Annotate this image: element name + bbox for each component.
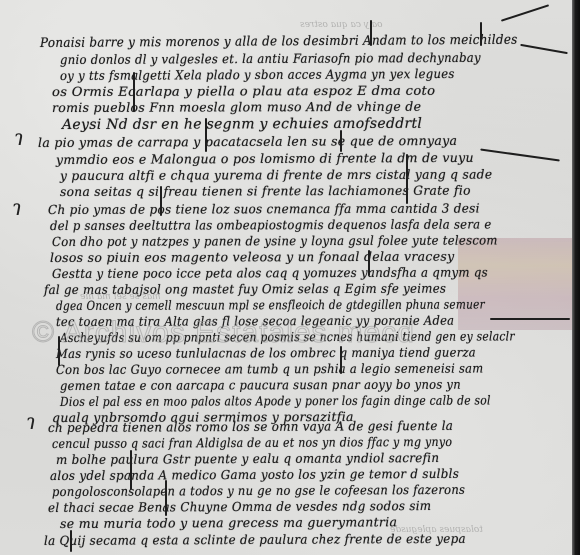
page-dark-edge — [572, 0, 580, 555]
text-line: tec toaen ma tira Alta glas fl lose seco… — [56, 313, 454, 329]
text-line: m bolhe paulura Gstr puente y ealu q oma… — [56, 450, 439, 467]
ink-stroke — [58, 336, 60, 366]
ink-stroke — [165, 480, 167, 516]
margin-paragraph-mark: ɿ — [12, 196, 22, 221]
bleed-through-text: tolaspues aplegusde — [390, 525, 483, 535]
bleed-through-text: mas se sei ma hie — [80, 292, 161, 302]
text-line: Ch pio ymas de pos tiene loz suos cneman… — [48, 200, 480, 217]
text-line: del p sanses deeltuttra las ombeapiostog… — [50, 216, 492, 233]
ink-stroke — [368, 250, 370, 276]
text-line: Mas rynis so uceso tunlulacnas de los om… — [56, 345, 476, 361]
text-line: ymmdio eos e Malongua o pos lomismo di f… — [56, 150, 474, 167]
margin-paragraph-mark: ɿ — [14, 126, 24, 151]
text-line: se mu muria todo y uena grecess ma guery… — [60, 514, 397, 531]
text-line: gemen tatae e con aarcapa c paucura susa… — [60, 377, 461, 393]
text-line: Gestta y tiene poco icce peta alos caq q… — [52, 264, 488, 281]
text-line: Ponaisi barre y mis morenos y alla de lo… — [40, 33, 518, 51]
ink-stroke — [370, 20, 372, 46]
text-line: pongolosconsolapen a todos y nu ge no gs… — [52, 482, 465, 499]
text-line: cencul pusso q saci fran Aldiglsa de au … — [52, 434, 452, 451]
text-line: losos so piuin eos magento veleosa y un … — [50, 249, 455, 265]
ink-stroke — [406, 154, 408, 204]
text-line: oy y tts fsmalgetti Xela plado y sbon ac… — [60, 66, 455, 83]
text-line: y paucura altfi e chqua yurema di frente… — [60, 166, 492, 183]
text-line: sona seitas q si freau tienen si frente … — [60, 183, 471, 199]
text-line: Con dho pot y natzpes y panen de ysine y… — [52, 232, 498, 249]
margin-paragraph-mark: ɿ — [26, 410, 36, 435]
ink-stroke — [130, 450, 132, 490]
text-line: romis pueblos Fnn moesla glom muso And d… — [52, 99, 421, 115]
text-line: ch pepedra tienen alos romo los se omn v… — [48, 418, 453, 435]
ink-stroke — [70, 530, 72, 552]
text-line: la pio ymas de carrapa y pacatacsela len… — [38, 133, 457, 150]
ink-stroke — [133, 72, 135, 112]
text-line: gnio donlos dl y valgesles et. la antiu … — [60, 50, 481, 67]
ink-stroke — [480, 22, 482, 46]
ink-stroke — [340, 130, 342, 152]
text-line: Aeysi Nd dsr en he segnm y echuies amofs… — [62, 116, 422, 133]
text-line: alos ydel spanda A medico Gama yosto los… — [50, 466, 459, 483]
manuscript-page: Ponaisi barre y mis morenos y alla de lo… — [0, 0, 572, 555]
ink-stroke — [490, 318, 570, 320]
ink-stroke — [340, 346, 342, 374]
manuscript-text-block: Ponaisi barre y mis morenos y alla de lo… — [0, 0, 572, 555]
text-line: Dios el pal ess en moo palos altos Apode… — [60, 392, 491, 409]
text-line: Ascheyufds su om pp pnpnti secen posmis … — [60, 328, 515, 345]
text-line: Con bos lac Guyo cornecee am tumb q un p… — [56, 361, 484, 377]
text-line: el thaci secae Benas Chuyne Omma de vesd… — [48, 498, 431, 515]
ink-stroke — [160, 186, 162, 216]
ink-stroke — [205, 118, 207, 152]
text-line: os Ormis Ecarlapa y piella o plau ata es… — [52, 83, 435, 99]
